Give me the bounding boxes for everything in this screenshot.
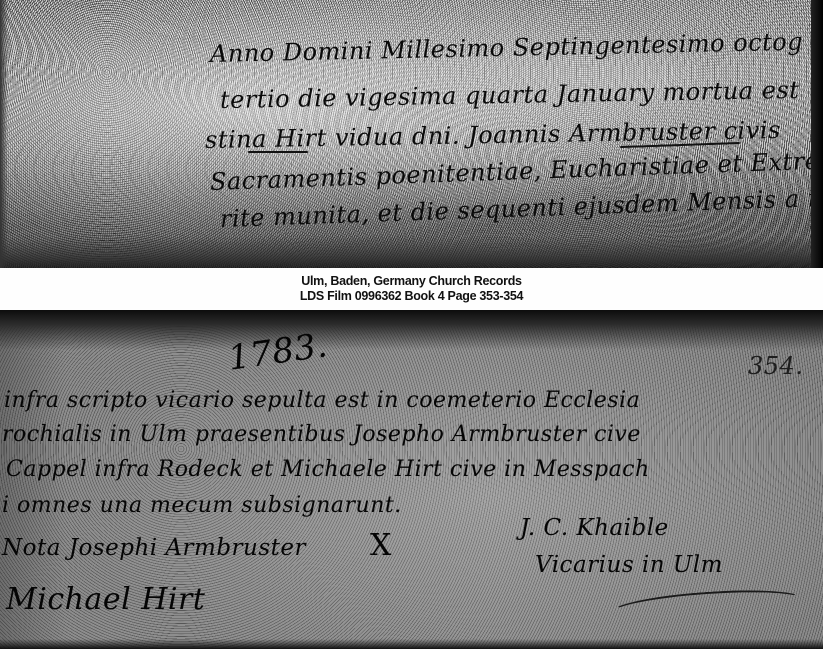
scanned-page-353: Anno Domini Millesimo Septingentesimo oc… [0, 0, 823, 268]
handwritten-line-2: tertio die vigesima quarta January mortu… [220, 76, 800, 114]
page-number: 354. [748, 352, 803, 380]
handwritten-line-1: infra scripto vicario sepulta est in coe… [4, 388, 640, 413]
caption-band: Ulm, Baden, Germany Church Records LDS F… [0, 268, 823, 310]
handwritten-line-2: rochialis in Ulm praesentibus Josepho Ar… [2, 422, 641, 447]
vicar-signature-name: J. C. Khaible [520, 515, 669, 541]
vicar-signature-title: Vicarius in Ulm [535, 552, 723, 578]
name-underline-hirt [248, 151, 308, 153]
signature-flourish [609, 585, 804, 626]
caption-film-reference: LDS Film 0996362 Book 4 Page 353-354 [300, 289, 523, 304]
handwritten-line-4: i omnes una mecum subsignarunt. [2, 493, 402, 518]
scanned-page-354: 1783. 354. infra scripto vicario sepulta… [0, 310, 823, 649]
signature-cross-mark: X [370, 528, 392, 563]
caption-title: Ulm, Baden, Germany Church Records [301, 274, 521, 289]
handwritten-line-3: stina Hirt vidua dni. Joannis Armbruster… [205, 116, 781, 154]
handwritten-line-1: Anno Domini Millesimo Septingentesimo oc… [210, 28, 804, 68]
year-heading: 1783. [226, 325, 330, 379]
signature-michael-hirt: Michael Hirt [6, 582, 205, 617]
signature-joseph-armbruster: Nota Josephi Armbruster [2, 535, 306, 561]
handwritten-line-3: Cappel infra Rodeck et Michaele Hirt civ… [6, 457, 650, 482]
